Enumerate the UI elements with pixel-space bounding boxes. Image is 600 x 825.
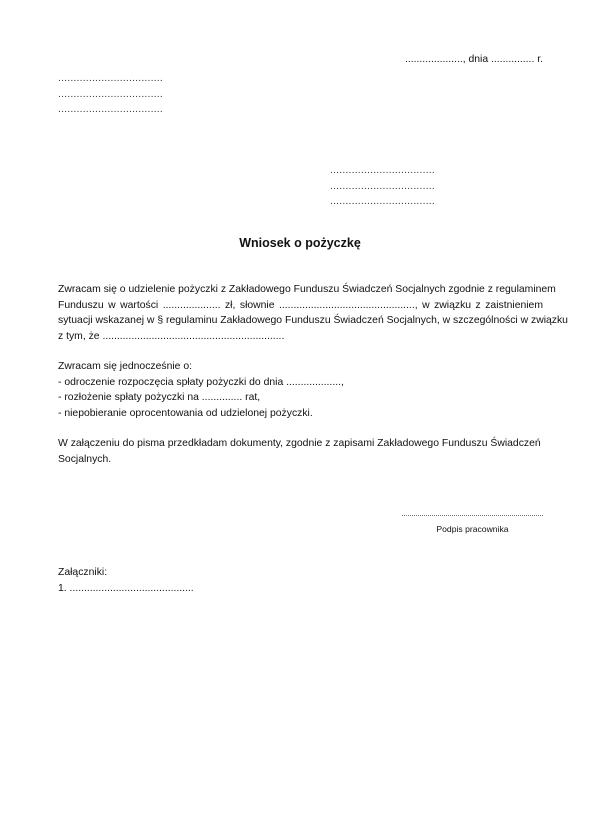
recipient-line: .................................. <box>330 163 435 179</box>
sender-line: .................................. <box>58 71 163 87</box>
request-item: - odroczenie rozpoczęcia spłaty pożyczki… <box>58 375 543 391</box>
loan-request-paragraph: Zwracam się o udzielenie pożyczki z Zakł… <box>58 282 543 344</box>
request-item: - niepobieranie oprocentowania od udziel… <box>58 406 543 422</box>
paragraph-line: Zwracam się o udzielenie pożyczki z Zakł… <box>58 282 543 298</box>
attachment-item: 1. .....................................… <box>58 581 194 597</box>
paragraph-line: sytuacji wskazanej w § regulaminu Zakład… <box>58 313 543 329</box>
paragraph-line: Socjalnych. <box>58 452 543 468</box>
attachments-note-paragraph: W załączeniu do pisma przedkładam dokume… <box>58 436 543 467</box>
paragraph-line: Zwracam się jednocześnie o: <box>58 359 543 375</box>
recipient-address-block: .................................. .....… <box>330 163 435 210</box>
attachments-heading: Załączniki: <box>58 565 194 581</box>
paragraph-line: z tym, że ..............................… <box>58 329 543 345</box>
paragraph-line: Funduszu w wartości ....................… <box>58 298 543 314</box>
document-title: Wniosek o pożyczkę <box>0 236 600 250</box>
request-item: - rozłożenie spłaty pożyczki na ........… <box>58 390 543 406</box>
recipient-line: .................................. <box>330 194 435 210</box>
signature-label: Podpis pracownika <box>402 524 543 534</box>
recipient-line: .................................. <box>330 179 435 195</box>
sender-address-block: .................................. .....… <box>58 71 163 118</box>
date-line: ...................., dnia .............… <box>405 54 543 65</box>
paragraph-line: W załączeniu do pisma przedkładam dokume… <box>58 436 543 452</box>
signature-line <box>402 515 543 516</box>
sender-line: .................................. <box>58 102 163 118</box>
additional-requests-paragraph: Zwracam się jednocześnie o: - odroczenie… <box>58 359 543 421</box>
sender-line: .................................. <box>58 87 163 103</box>
attachments-section: Załączniki: 1. .........................… <box>58 565 194 596</box>
